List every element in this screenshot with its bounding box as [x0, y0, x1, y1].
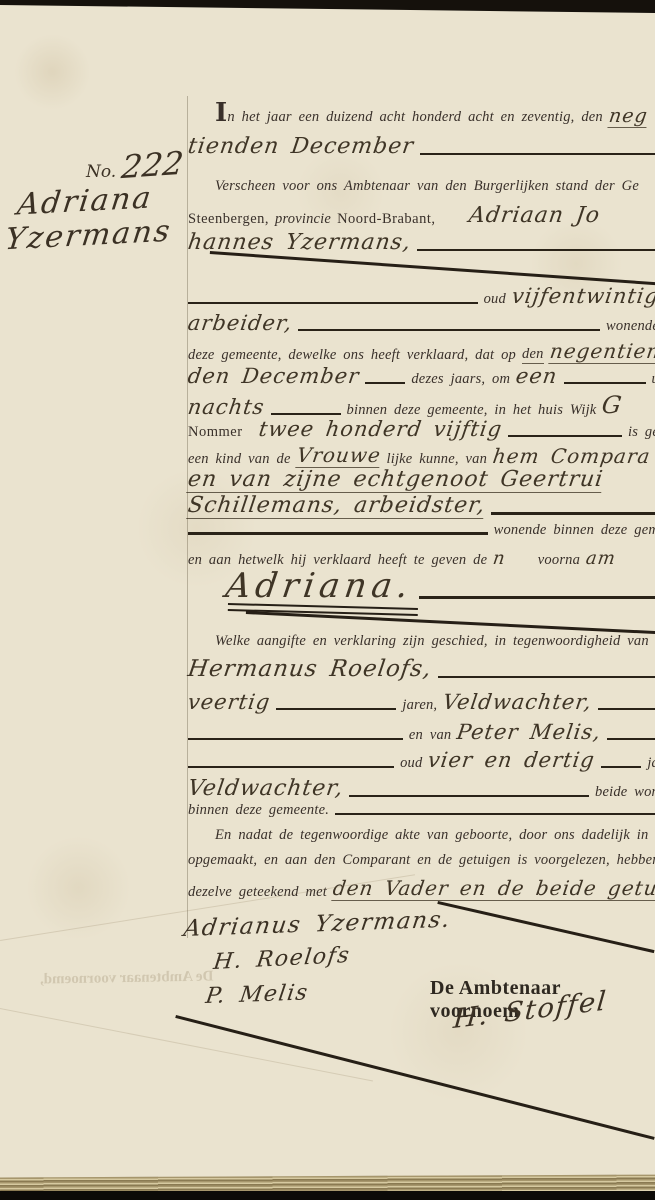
printed-text: lijke kunne, van: [386, 451, 487, 468]
fill-rule: [298, 329, 600, 331]
handwritten-text: hem Compara: [491, 444, 652, 468]
fill-rule: [564, 382, 646, 384]
book-bottom-edge: [0, 1191, 655, 1200]
fill-rule: [508, 435, 622, 437]
handwritten-text: twee honderd vijftig: [257, 417, 504, 441]
handwritten-text: arbeider,: [186, 311, 294, 335]
fill-rule: [276, 708, 396, 710]
fill-rule: [188, 532, 488, 535]
printed-text: Nommer: [188, 424, 243, 441]
printed-text: oud: [400, 755, 422, 772]
margin-family-name: Yzermans: [3, 214, 173, 258]
handwritten-text: tienden December: [186, 134, 415, 159]
printed-text: deze gemeente, dewelke ons heeft verklaa…: [188, 347, 516, 364]
form-line-year: In het jaar een duizend acht honderd ach…: [215, 98, 655, 128]
form-line-declarant-name: hannes Yzermans,: [188, 230, 655, 255]
fill-rule: [607, 738, 655, 740]
printed-text: is ge: [628, 424, 655, 441]
handwritten-text: Veldwachter,: [442, 690, 594, 714]
signature-witness1: H. Roelofs: [212, 943, 352, 975]
form-line-childname: Adriana.: [188, 566, 655, 606]
fill-rule: [188, 738, 403, 740]
form-line-appeared: Verscheen voor ons Ambtenaar van den Bur…: [215, 178, 655, 195]
printed-text: Noord-Brabant,: [337, 211, 435, 228]
strike-rule: [210, 251, 655, 285]
printed-text: opgemaakt, en aan den Comparant en de ge…: [188, 852, 655, 869]
printed-text: binnen deze gemeente.: [188, 802, 329, 819]
fill-rule: [601, 766, 641, 768]
form-line-mother-name: Schillemans, arbeidster,: [188, 493, 655, 519]
handwritten-text: den December: [186, 364, 361, 388]
printed-text: ja: [647, 755, 655, 772]
handwritten-text: Vrouwe: [295, 443, 382, 468]
handwritten-text: Hermanus Roelofs,: [186, 656, 433, 682]
printed-text: dezes jaars, om: [411, 371, 510, 388]
fill-rule: [349, 795, 589, 797]
form-line-witness-intro: Welke aangifte en verklaring zijn geschi…: [215, 633, 655, 650]
bleedthrough-text: De Ambtenaar voornoemd,: [40, 968, 214, 988]
fill-rule: [420, 153, 655, 155]
printed-text: In het jaar een duizend acht honderd ach…: [215, 98, 603, 128]
form-line-witness2-age: oud vier en dertig ja: [188, 748, 655, 772]
printed-text: beide won: [595, 784, 655, 801]
handwritten-text: veertig: [186, 690, 272, 714]
scanned-birth-record-page: No. 222 Adriana Yzermans In het jaar een…: [0, 0, 655, 1200]
handwritten-text: en van zijne echtgenoot Geertrui: [186, 467, 605, 493]
signature-father: Adrianus Yzermans.: [182, 907, 453, 942]
form-line-witness1: Hermanus Roelofs,: [188, 656, 655, 682]
fill-rule: [598, 708, 655, 710]
handwritten-text: negentien: [548, 339, 655, 364]
form-line-witness2-occupation: Veldwachter, beide won: [188, 776, 655, 801]
handwritten-text: Adriaan Jo: [468, 203, 602, 228]
printed-text: een kind van de: [188, 451, 291, 468]
handwritten-text: nachts: [186, 395, 266, 419]
printed-text: En nadat de tegenwoordige akte van geboo…: [215, 827, 655, 844]
form-line-declaration: deze gemeente, dewelke ons heeft verklaa…: [188, 339, 655, 364]
strike-rule: [246, 611, 655, 634]
printed-text: Steenbergen,: [188, 211, 269, 228]
printed-text: den: [522, 346, 544, 364]
fill-rule: [188, 766, 394, 768]
fill-rule: [438, 676, 655, 678]
printed-text: wonende binnen deze gem: [494, 522, 655, 539]
fill-rule: [335, 813, 655, 815]
form-line-age: oud vijfentwintig: [188, 284, 655, 308]
form-line-witness1-age: veertig jaren, Veldwachter,: [188, 690, 655, 714]
handwritten-child-name: Adriana.: [223, 566, 415, 606]
form-line-date: tienden December: [188, 134, 655, 159]
form-line-witness2: en van Peter Melis,: [188, 720, 655, 744]
form-line-birthhour: nachts binnen deze gemeente, in het huis…: [188, 391, 655, 419]
printed-text: jaren,: [402, 697, 437, 714]
strike-diagonal-upper: [437, 901, 654, 953]
printed-text: en van: [409, 727, 451, 744]
strike-diagonal-lower: [175, 1015, 654, 1140]
handwritten-text: vier en dertig: [427, 748, 597, 772]
fill-rule: [419, 596, 655, 599]
form-line-municipality: Steenbergen, provincie Noord-Brabant, Ad…: [188, 203, 655, 228]
handwritten-text: een: [515, 364, 560, 388]
fill-rule: [188, 302, 478, 304]
fill-rule: [491, 512, 655, 515]
handwritten-text: vijfentwintig: [510, 284, 655, 308]
form-line-housenumber: Nommer twee honderd vijftig is ge: [188, 417, 655, 441]
form-line-mother: en van zijne echtgenoot Geertrui: [188, 467, 655, 493]
form-line-occupation: arbeider, wonende: [188, 311, 655, 335]
printed-text: wonende: [606, 318, 655, 335]
handwritten-text: Veldwachter,: [186, 776, 345, 801]
fill-rule: [271, 413, 341, 415]
printed-text: u: [652, 371, 655, 388]
form-line-closing3: dezelve geteekend met den Vader en de be…: [188, 876, 655, 901]
book-top-edge: [0, 0, 655, 15]
act-number-label: No.: [86, 162, 116, 182]
signature-witness2: P. Melis: [204, 980, 310, 1009]
fill-rule: [417, 249, 655, 251]
handwritten-text: Schillemans, arbeidster,: [186, 493, 487, 519]
printed-text: oud: [484, 291, 506, 308]
form-line-residence2: binnen deze gemeente.: [188, 802, 655, 819]
printed-text: Verscheen voor ons Ambtenaar van den Bur…: [215, 178, 639, 195]
fill-rule: [365, 382, 405, 384]
form-line-closing1: En nadat de tegenwoordige akte van geboo…: [215, 827, 655, 844]
form-line-residence: wonende binnen deze gem: [188, 522, 655, 539]
handwritten-text: neg: [607, 105, 649, 128]
printed-text: Welke aangifte en verklaring zijn geschi…: [215, 633, 649, 650]
printed-text: provincie: [275, 211, 331, 228]
form-line-closing2: opgemaakt, en aan den Comparant en de ge…: [188, 852, 655, 869]
form-line-child-sex: een kind van de Vrouwe lijke kunne, van …: [188, 443, 655, 468]
handwritten-text: G: [600, 391, 624, 419]
form-line-birthdate: den December dezes jaars, om een u: [188, 364, 655, 388]
handwritten-text: Peter Melis,: [456, 720, 603, 744]
